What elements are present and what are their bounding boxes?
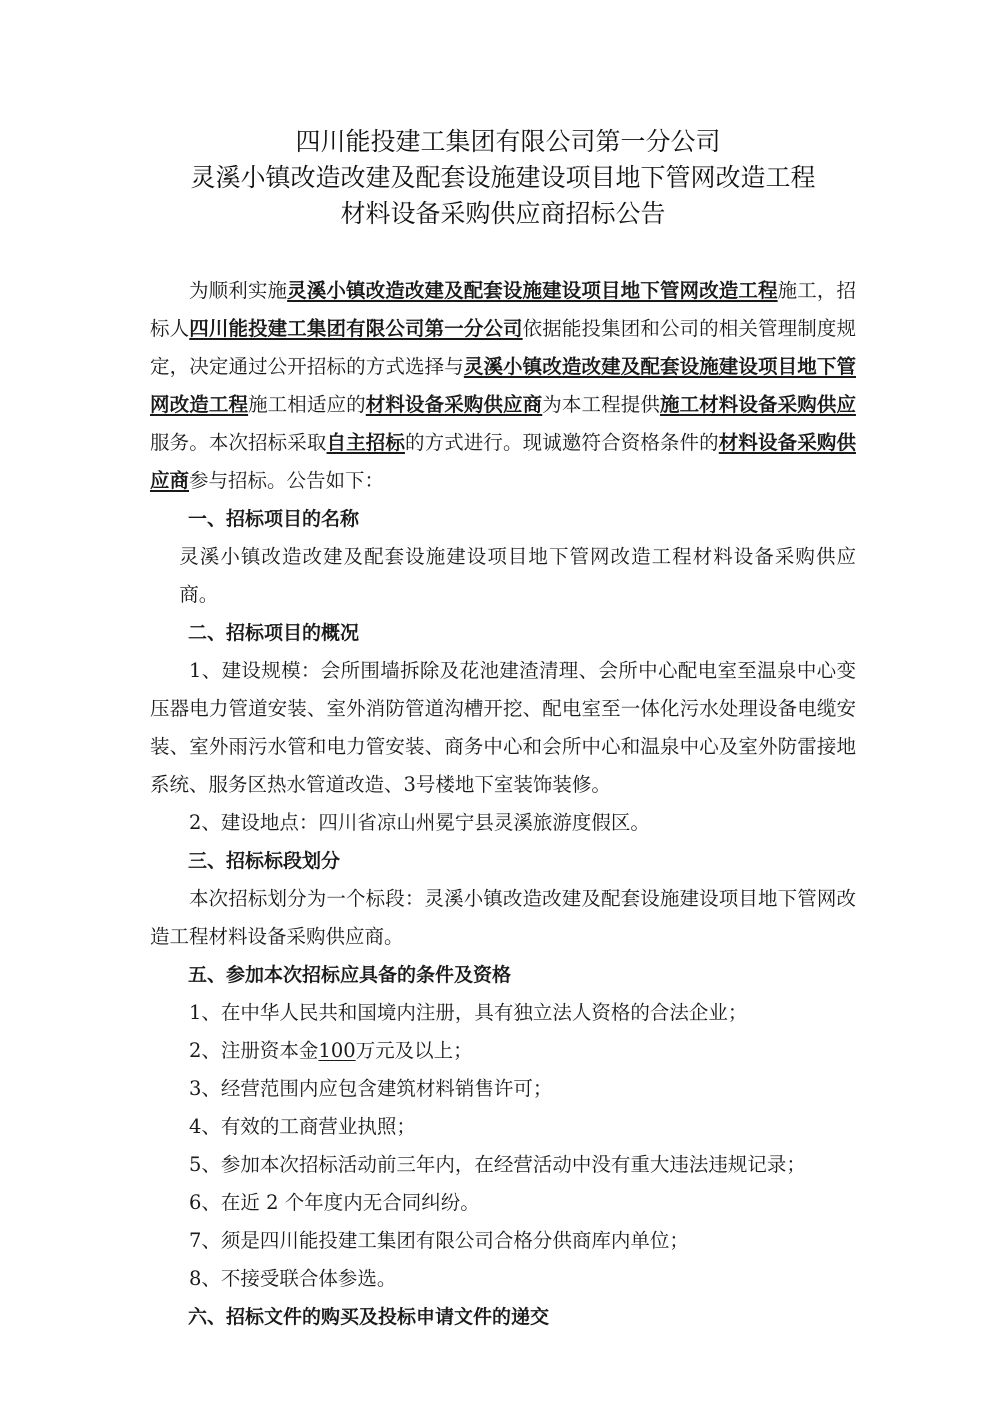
document-page: 四川能投建工集团有限公司第一分公司 灵溪小镇改造改建及配套设施建设项目地下管网改… bbox=[150, 120, 856, 1336]
item-text: 2、注册资本金 bbox=[189, 1039, 318, 1062]
supplier-type: 材料设备采购供应商 bbox=[366, 393, 543, 416]
section-5-item-6: 6、在近 2 个年度内无合同纠纷。 bbox=[150, 1184, 856, 1222]
intro-text: 为本工程提供 bbox=[542, 393, 660, 416]
intro-text: 为顺利实施 bbox=[189, 279, 287, 302]
intro-paragraph: 为顺利实施灵溪小镇改造改建及配套设施建设项目地下管网改造工程施工，招标人四川能投… bbox=[150, 272, 856, 500]
section-heading-5: 五、参加本次招标应具备的条件及资格 bbox=[150, 956, 856, 994]
section-5-item-3: 3、经营范围内应包含建筑材料销售许可； bbox=[150, 1070, 856, 1108]
section-heading-2: 二、招标项目的概况 bbox=[150, 614, 856, 652]
title-company: 四川能投建工集团有限公司第一分公司 bbox=[160, 124, 856, 160]
section-5-item-8: 8、不接受联合体参选。 bbox=[150, 1260, 856, 1298]
section-5-item-7: 7、须是四川能投建工集团有限公司合格分供商库内单位； bbox=[150, 1222, 856, 1260]
intro-text: 施工相适应的 bbox=[248, 393, 366, 416]
intro-text: 参与招标。公告如下： bbox=[189, 469, 384, 492]
capital-amount: 100 bbox=[318, 1039, 355, 1062]
intro-text: 的方式进行。现诚邀符合资格条件的 bbox=[405, 431, 719, 454]
document-title: 四川能投建工集团有限公司第一分公司 灵溪小镇改造改建及配套设施建设项目地下管网改… bbox=[150, 124, 856, 232]
section-5-item-5: 5、参加本次招标活动前三年内，在经营活动中没有重大违法违规记录； bbox=[150, 1146, 856, 1184]
item-text: 万元及以上； bbox=[356, 1039, 473, 1062]
section-5-item-4: 4、有效的工商营业执照； bbox=[150, 1108, 856, 1146]
project-name: 灵溪小镇改造改建及配套设施建设项目地下管网改造工程 bbox=[287, 279, 778, 302]
title-notice: 材料设备采购供应商招标公告 bbox=[150, 196, 856, 232]
title-project: 灵溪小镇改造改建及配套设施建设项目地下管网改造工程 bbox=[150, 160, 856, 196]
section-heading-1: 一、招标项目的名称 bbox=[150, 500, 856, 538]
document-body: 为顺利实施灵溪小镇改造改建及配套设施建设项目地下管网改造工程施工，招标人四川能投… bbox=[150, 272, 856, 1336]
section-2-item-1: 1、建设规模：会所围墙拆除及花池建渣清理、会所中心配电室至温泉中心变压器电力管道… bbox=[150, 652, 856, 804]
section-1-text: 灵溪小镇改造改建及配套设施建设项目地下管网改造工程材料设备采购供应商。 bbox=[150, 538, 856, 614]
section-heading-3: 三、招标标段划分 bbox=[150, 842, 856, 880]
section-heading-6: 六、招标文件的购买及投标申请文件的递交 bbox=[150, 1298, 856, 1336]
tenderer-name: 四川能投建工集团有限公司第一分公司 bbox=[189, 317, 522, 340]
section-3-text: 本次招标划分为一个标段：灵溪小镇改造改建及配套设施建设项目地下管网改造工程材料设… bbox=[150, 880, 856, 956]
intro-text: 服务。本次招标采取 bbox=[150, 431, 327, 454]
section-5-item-1: 1、在中华人民共和国境内注册，具有独立法人资格的合法企业； bbox=[150, 994, 856, 1032]
tender-method: 自主招标 bbox=[327, 431, 405, 454]
section-5-item-2: 2、注册资本金100万元及以上； bbox=[150, 1032, 856, 1070]
service-type: 施工材料设备采购供应 bbox=[660, 393, 856, 416]
section-2-item-2: 2、建设地点：四川省凉山州冕宁县灵溪旅游度假区。 bbox=[150, 804, 856, 842]
